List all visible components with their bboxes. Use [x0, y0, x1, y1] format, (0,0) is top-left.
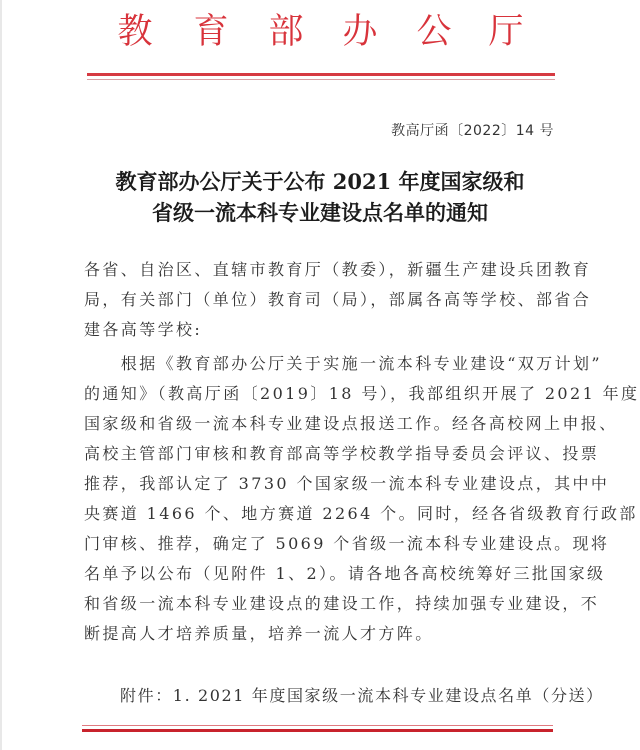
- body-paragraph: 根据《教育部办公厅关于实施一流本科专业建设“双万计划” 的通知》（教高厅函〔20…: [84, 349, 560, 649]
- document-title: 教育部办公厅关于公布 2021 年度国家级和 省级一流本科专业建设点名单的通知: [60, 166, 580, 228]
- body-line: 高校主管部门审核和教育部高等学校教学指导委员会评议、投票: [84, 439, 560, 469]
- body-line: 名单予以公布（见附件 1、2）。请各地各高校统筹好三批国家级: [84, 559, 560, 589]
- attachment-line: 附件：1. 2021 年度国家级一流本科专业建设点名单（分送）: [120, 681, 604, 711]
- salutation-line: 建各高等学校:: [84, 315, 560, 345]
- document-body: 各省、自治区、直辖市教育厅（教委），新疆生产建设兵团教育 局，有关部门（单位）教…: [84, 255, 560, 649]
- header-red-rule: [87, 73, 555, 76]
- header-thin-rule: [87, 79, 555, 80]
- body-line: 根据《教育部办公厅关于实施一流本科专业建设“双万计划”: [84, 349, 560, 379]
- body-line: 门审核、推荐，确定了 5069 个省级一流本科专业建设点。现将: [84, 529, 560, 559]
- document-number: 教高厅函〔2022〕14 号: [391, 120, 554, 140]
- body-line: 推荐，我部认定了 3730 个国家级一流本科专业建设点，其中中: [84, 469, 560, 499]
- body-line: 国家级和省级一流本科专业建设点报送工作。经各高校网上申报、: [84, 409, 560, 439]
- body-line: 和省级一流本科专业建设点的建设工作，持续加强专业建设，不: [84, 589, 560, 619]
- salutation-line: 各省、自治区、直辖市教育厅（教委），新疆生产建设兵团教育: [84, 255, 560, 285]
- title-line-1: 教育部办公厅关于公布 2021 年度国家级和: [60, 166, 580, 197]
- masthead-char: 公: [414, 8, 454, 56]
- footer-thin-rule: [82, 725, 553, 726]
- body-line: 央赛道 1466 个、地方赛道 2264 个。同时，经各省级教育行政部: [84, 499, 560, 529]
- masthead-char: 厅: [486, 8, 526, 56]
- body-line: 断提高人才培养质量，培养一流人才方阵。: [84, 619, 560, 649]
- salutation: 各省、自治区、直辖市教育厅（教委），新疆生产建设兵团教育 局，有关部门（单位）教…: [84, 255, 560, 345]
- masthead-char: 教: [115, 8, 155, 56]
- masthead-char: 育: [191, 8, 231, 56]
- body-line: 的通知》（教高厅函〔2019〕18 号），我部组织开展了 2021 年度: [84, 379, 560, 409]
- title-line-2: 省级一流本科专业建设点名单的通知: [60, 197, 580, 228]
- masthead-char: 部: [266, 8, 306, 56]
- masthead: 教 育 部 办 公 厅: [0, 8, 640, 58]
- salutation-line: 局，有关部门（单位）教育司（局），部属各高等学校、部省合: [84, 285, 560, 315]
- footer-red-rule: [82, 729, 553, 732]
- masthead-char: 办: [340, 8, 380, 56]
- page-left-edge: [0, 0, 2, 750]
